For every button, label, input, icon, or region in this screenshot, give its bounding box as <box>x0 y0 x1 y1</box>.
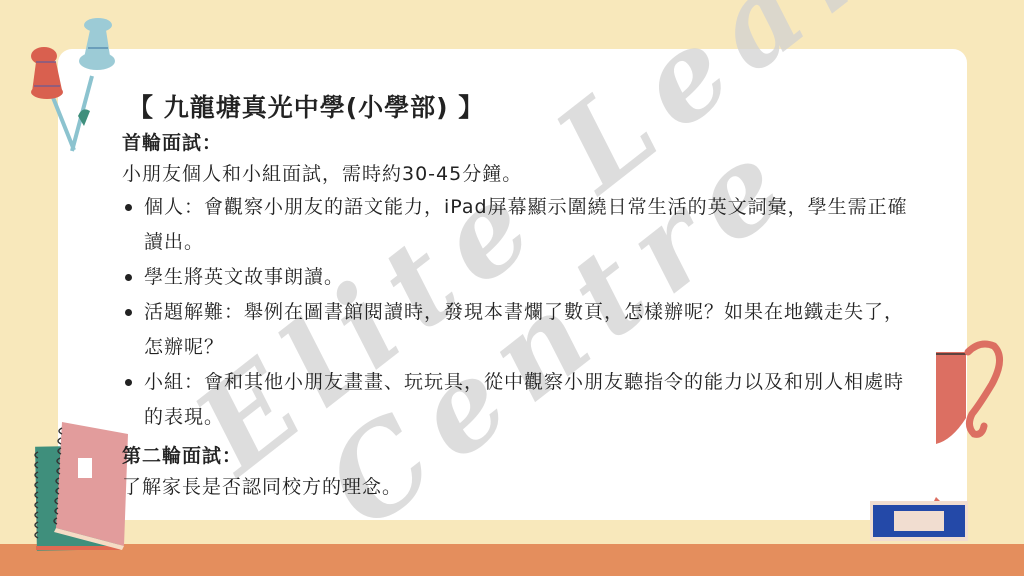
round1-intro: 小朋友個人和小組面試，需時約30-45分鐘。 <box>122 159 922 190</box>
bottom-band <box>0 544 1024 576</box>
list-item: 活題解難：舉例在圖書館閱讀時，發現本書爛了數頁，怎樣辦呢？如果在地鐵走失了，怎辦… <box>122 295 922 365</box>
round1-bullet-list: 個人：會觀察小朋友的語文能力，iPad屏幕顯示圍繞日常生活的英文詞彙，學生需正確… <box>122 190 922 435</box>
list-item: 學生將英文故事朗讀。 <box>122 260 922 295</box>
round1-heading: 首輪面試： <box>122 128 922 159</box>
notebooks-icon <box>28 418 133 558</box>
page-title: 【 九龍塘真光中學(小學部) 】 <box>128 88 922 128</box>
round2-heading: 第二輪面試： <box>122 441 922 472</box>
round2-text: 了解家長是否認同校方的理念。 <box>122 472 922 503</box>
mug-icon <box>936 340 1016 470</box>
book-icon <box>870 497 968 543</box>
pushpin-blue-icon <box>70 16 130 156</box>
slide-content: 【 九龍塘真光中學(小學部) 】 首輪面試： 小朋友個人和小組面試，需時約30-… <box>122 88 922 503</box>
list-item: 小組：會和其他小朋友畫畫、玩玩具，從中觀察小朋友聽指令的能力以及和別人相處時的表… <box>122 365 922 435</box>
list-item: 個人：會觀察小朋友的語文能力，iPad屏幕顯示圍繞日常生活的英文詞彙，學生需正確… <box>122 190 922 260</box>
